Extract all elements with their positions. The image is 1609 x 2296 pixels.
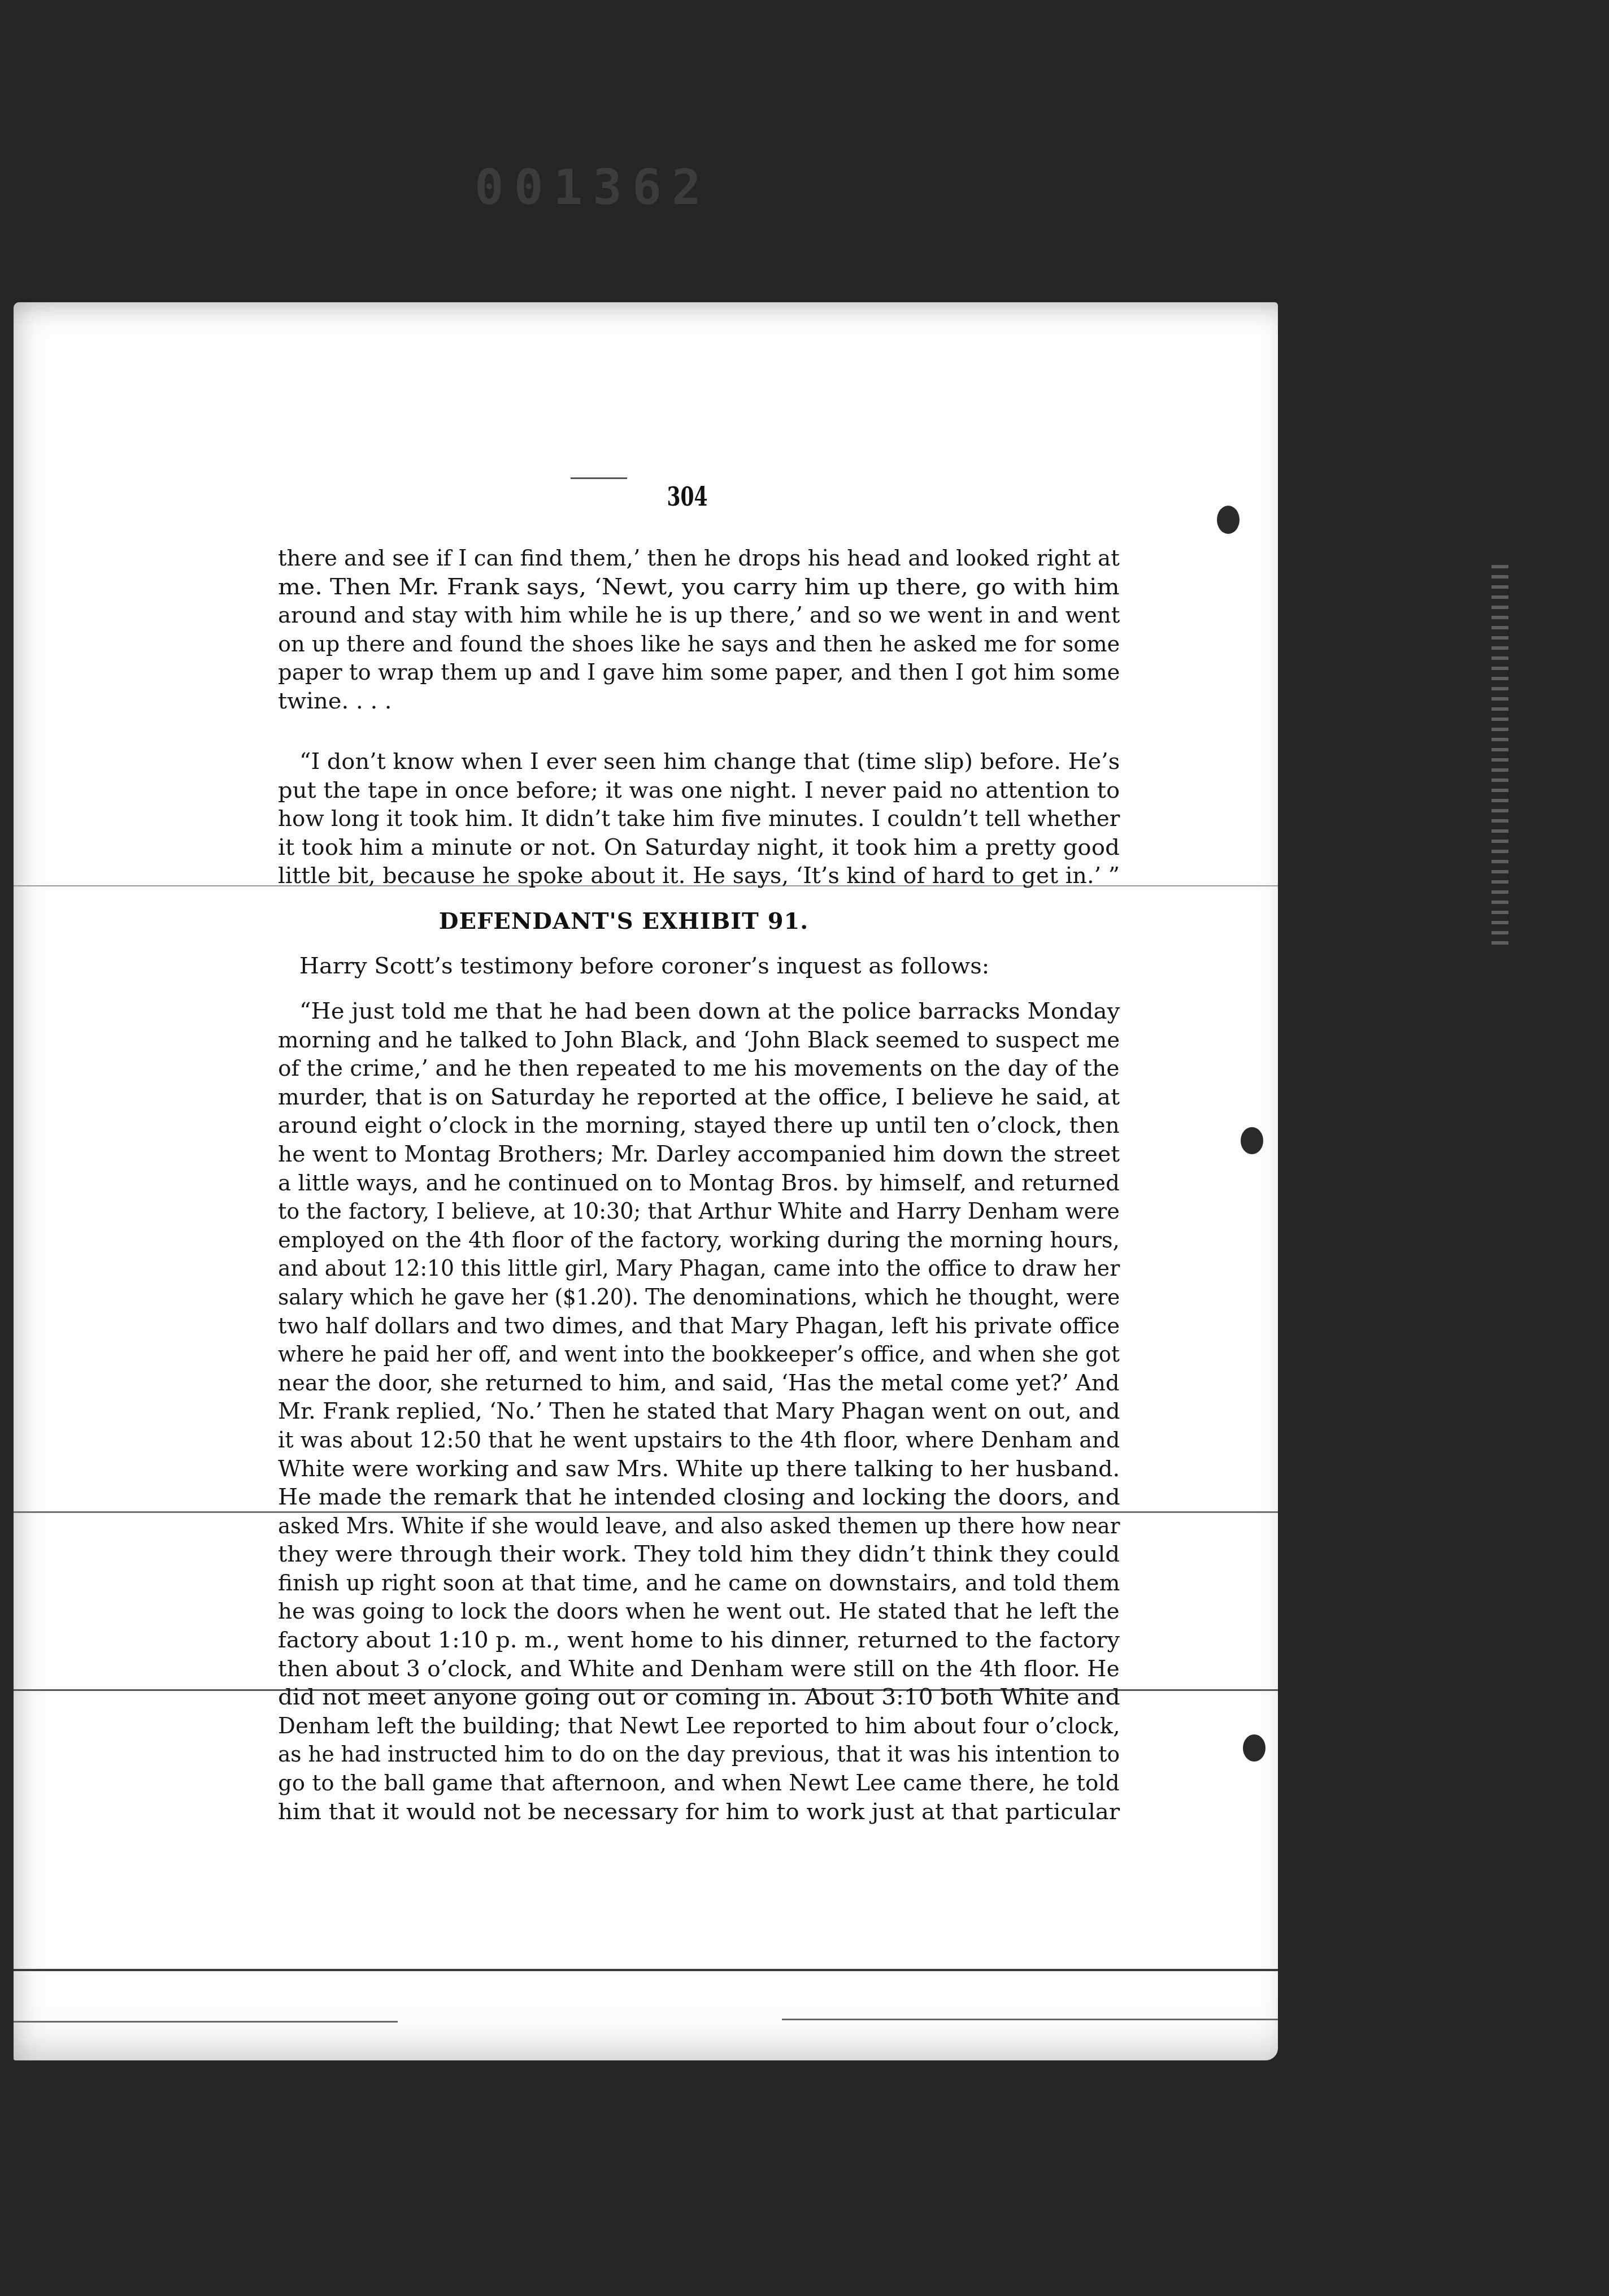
text-line: factory about 1:10 p. m., went home to h… xyxy=(278,1626,1117,1655)
text-line: he was going to lock the doors when he w… xyxy=(278,1597,1095,1626)
text-line: twine. . . . xyxy=(278,687,1120,716)
text-line: little bit, because he spoke about it. H… xyxy=(278,862,1112,890)
text-line: on up there and found the shoes like he … xyxy=(278,630,1085,659)
scan-scratch xyxy=(14,2021,398,2023)
text-line: two half dollars and two dimes, and that… xyxy=(278,1312,1088,1341)
text-line: me. Then Mr. Frank says, ‘Newt, you carr… xyxy=(278,573,1168,602)
text-line: He made the remark that he intended clos… xyxy=(278,1483,1126,1512)
text-line: as he had instructed him to do on the da… xyxy=(278,1740,1066,1769)
text-line: go to the ball game that afternoon, and … xyxy=(278,1769,1094,1798)
punch-hole-middle xyxy=(1241,1127,1263,1154)
text-line: it was about 12:50 that he went upstairs… xyxy=(278,1426,1084,1455)
exhibit-heading: DEFENDANT'S EXHIBIT 91. xyxy=(0,908,1428,934)
film-edge-marks xyxy=(1491,565,1508,949)
scan-scratch xyxy=(782,2019,1278,2020)
text-line: White were working and saw Mrs. White up… xyxy=(278,1455,1114,1484)
text-line: employed on the 4th floor of the factory… xyxy=(278,1226,1090,1255)
text-line: around and stay with him while he is up … xyxy=(278,601,1093,630)
text-line: there and see if I can find them,’ then … xyxy=(278,544,1093,573)
header-rule xyxy=(571,477,627,479)
text-line: him that it would not be necessary for h… xyxy=(278,1798,1126,1827)
text-line: then about 3 o’clock, and White and Denh… xyxy=(278,1655,1101,1684)
text-line: put the tape in once before; it was one … xyxy=(278,776,1123,805)
scan-scratch xyxy=(14,1969,1278,1971)
text-line: finish up right soon at that time, and h… xyxy=(278,1569,1095,1598)
text-line: of the crime,’ and he then repeated to m… xyxy=(278,1054,1104,1083)
text-line: around eight o’clock in the morning, sta… xyxy=(278,1111,1098,1140)
text-line: paper to wrap them up and I gave him som… xyxy=(278,658,1090,687)
text-line: did not meet anyone going out or coming … xyxy=(278,1683,1137,1712)
text-line: Mr. Frank replied, ‘No.’ Then he stated … xyxy=(278,1397,1099,1426)
text-line: to the factory, I believe, at 10:30; tha… xyxy=(278,1197,1080,1226)
text-line: a little ways, and he continued on to Mo… xyxy=(278,1169,1093,1198)
text-line: near the door, she returned to him, and … xyxy=(278,1369,1091,1398)
testimony-paragraph: “He just told me that he had been down a… xyxy=(278,997,1120,1826)
text-line: murder, that is on Saturday he reported … xyxy=(278,1083,1121,1112)
text-line: morning and he talked to John Black, and… xyxy=(278,1026,1088,1055)
text-line: and about 12:10 this little girl, Mary P… xyxy=(278,1254,1071,1283)
text-line: it took him a minute or not. On Saturday… xyxy=(278,833,1129,862)
quote-paragraph: “I don’t know when I ever seen him chang… xyxy=(278,747,1120,890)
text-line: how long it took him. It didn’t take him… xyxy=(278,805,1095,833)
text-line: asked Mrs. White if she would leave, and… xyxy=(278,1512,1056,1541)
punch-hole-bottom xyxy=(1243,1734,1266,1762)
text-line: Denham left the building; that Newt Lee … xyxy=(278,1712,1089,1741)
film-frame-number: 001362 xyxy=(475,159,711,216)
text-line: “I don’t know when I ever seen him chang… xyxy=(278,747,1117,776)
text-line: they were through their work. They told … xyxy=(278,1540,1126,1569)
page-number: 304 xyxy=(84,481,1291,512)
text-line: where he paid her off, and went into the… xyxy=(278,1340,1058,1369)
exhibit-intro: Harry Scott’s testimony before coroner’s… xyxy=(278,952,1120,981)
text-line: he went to Montag Brothers; Mr. Darley a… xyxy=(278,1140,1104,1169)
text-line: salary which he gave her ($1.20). The de… xyxy=(278,1283,1069,1312)
text-line: “He just told me that he had been down a… xyxy=(278,997,1125,1026)
text-line: Harry Scott’s testimony before coroner’s… xyxy=(278,952,1120,981)
continuation-paragraph: there and see if I can find them,’ then … xyxy=(278,544,1120,716)
